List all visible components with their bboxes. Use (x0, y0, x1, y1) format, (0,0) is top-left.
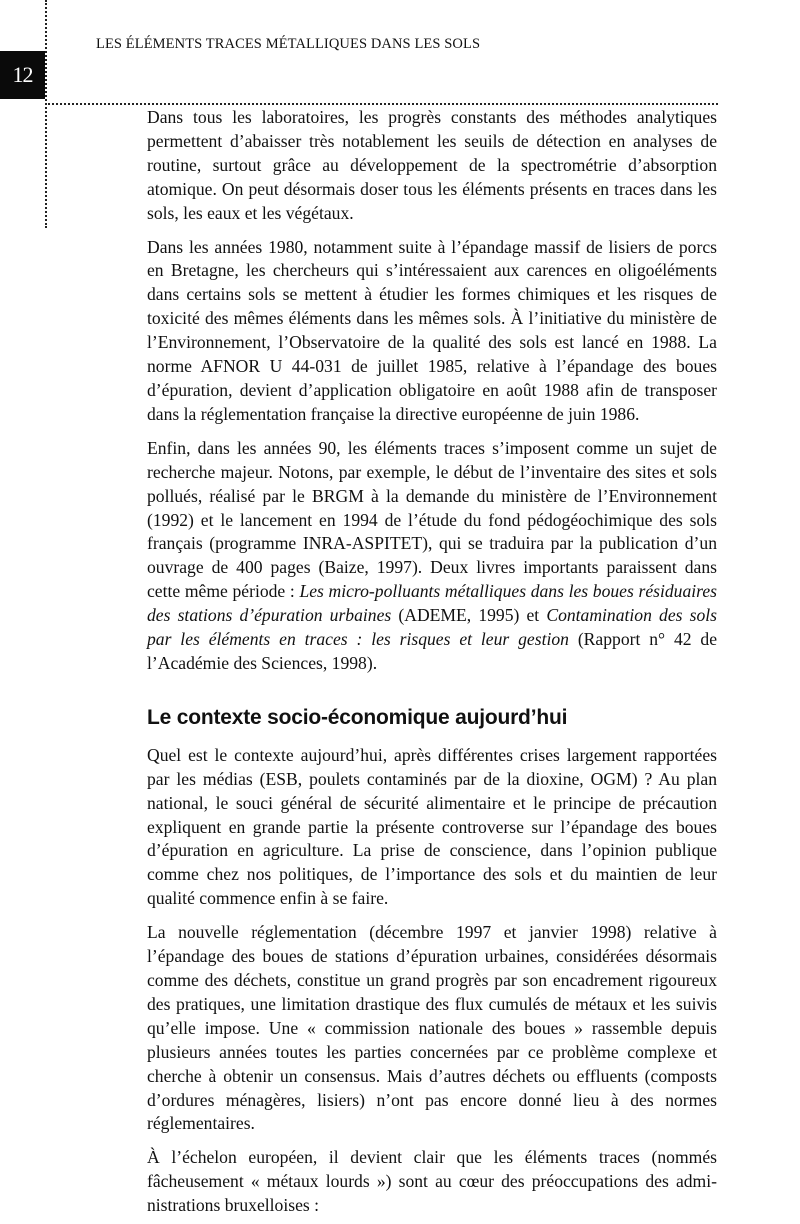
page-number-box: 12 (0, 51, 45, 99)
section-heading: Le contexte socio-économique aujourd’hui (147, 706, 717, 730)
running-head: LES ÉLÉMENTS TRACES MÉTALLIQUES DANS LES… (96, 36, 480, 53)
header-dotted-rule-horizontal (45, 103, 718, 105)
page-number: 12 (13, 62, 33, 88)
paragraph-2: Dans les années 1980, notamment suite à … (147, 236, 717, 427)
page-body: Dans tous les laboratoires, les progrès … (147, 106, 717, 1224)
paragraph-5: La nouvelle réglementation (décembre 199… (147, 921, 717, 1136)
paragraph-3-text-b: (ADEME, 1995) et (391, 605, 546, 625)
margin-dotted-rule-vertical (45, 0, 47, 228)
paragraph-4: Quel est le contexte aujourd’hui, après … (147, 744, 717, 911)
paragraph-1: Dans tous les laboratoires, les progrès … (147, 106, 717, 226)
paragraph-3: Enfin, dans les années 90, les éléments … (147, 437, 717, 676)
paragraph-6: À l’échelon européen, il devient clair q… (147, 1146, 717, 1218)
paragraph-3-text-a: Enfin, dans les années 90, les éléments … (147, 438, 717, 601)
